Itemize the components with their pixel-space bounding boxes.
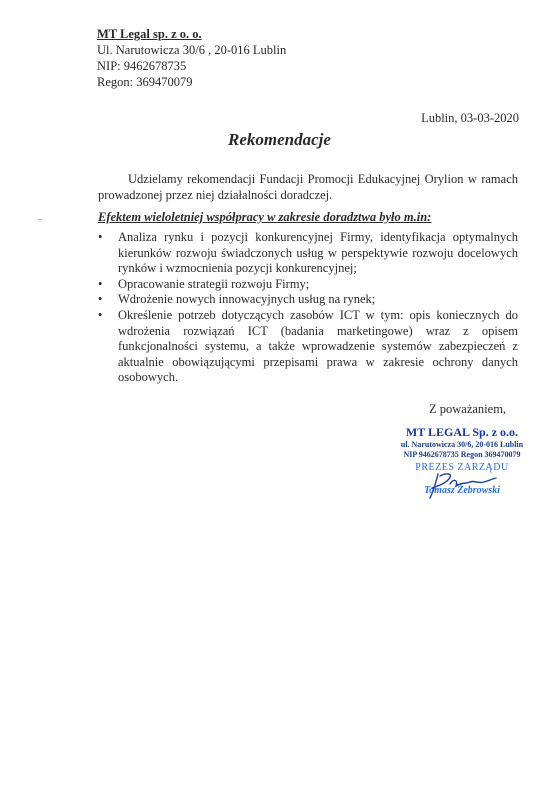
list-item: •Wdrożenie nowych innowacyjnych usług na…	[98, 292, 518, 308]
list-item-text: Opracowanie strategii rozwoju Firmy;	[118, 277, 309, 291]
company-address: Ul. Narutowicza 30/6 , 20-016 Lublin	[97, 42, 286, 58]
stamp-address: ul. Narutowicza 30/6, 20-016 Lublin	[392, 440, 532, 450]
scan-mark	[38, 219, 42, 220]
signature-icon	[418, 470, 498, 500]
letter-date: Lublin, 03-03-2020	[421, 111, 519, 126]
list-item: •Analiza rynku i pozycji konkurencyjnej …	[98, 230, 518, 277]
lead-heading: Efektem wieloletniej współpracy w zakres…	[98, 210, 431, 225]
list-item-text: Analiza rynku i pozycji konkurencyjnej F…	[118, 230, 518, 275]
list-item: •Opracowanie strategii rozwoju Firmy;	[98, 277, 518, 293]
bullet-icon: •	[98, 292, 102, 308]
company-nip: NIP: 9462678735	[97, 58, 286, 74]
list-item-text: Wdrożenie nowych innowacyjnych usług na …	[118, 292, 375, 306]
closing-salutation: Z poważaniem,	[429, 402, 506, 417]
intro-paragraph: Udzielamy rekomendacji Fundacji Promocji…	[98, 171, 518, 203]
stamp-company: MT LEGAL Sp. z o.o.	[392, 425, 532, 440]
bullet-icon: •	[98, 230, 102, 246]
bullet-icon: •	[98, 308, 102, 324]
company-regon: Regon: 369470079	[97, 74, 286, 90]
stamp-ids: NIP 9462678735 Regon 369470079	[392, 450, 532, 460]
company-name: MT Legal sp. z o. o.	[97, 26, 286, 42]
bullet-icon: •	[98, 277, 102, 293]
list-item: •Określenie potrzeb dotyczących zasobów …	[98, 308, 518, 386]
achievements-list: •Analiza rynku i pozycji konkurencyjnej …	[98, 230, 518, 386]
list-item-text: Określenie potrzeb dotyczących zasobów I…	[118, 308, 518, 384]
letterhead: MT Legal sp. z o. o. Ul. Narutowicza 30/…	[97, 26, 286, 90]
document-title: Rekomendacje	[0, 130, 559, 150]
